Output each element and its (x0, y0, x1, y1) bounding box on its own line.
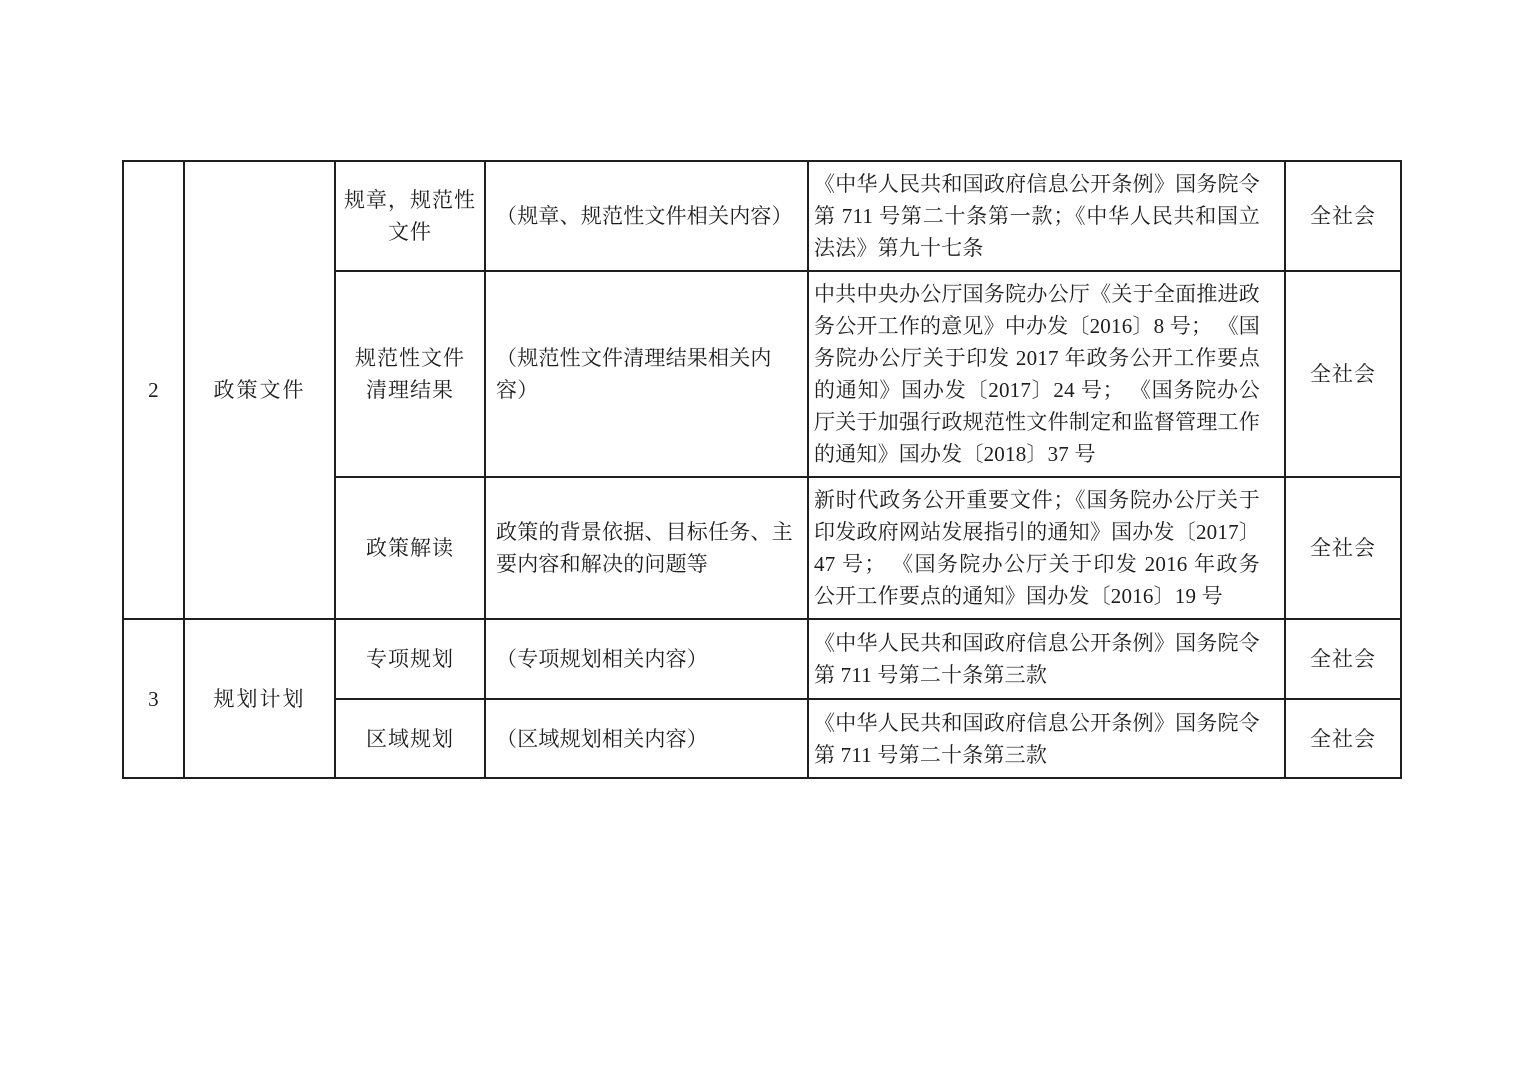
cell-legal-basis: 《中华人民共和国政府信息公开条例》国务院令第 711 号第二十条第三款 (808, 619, 1285, 699)
cell-legal-basis: 中共中央办公厅国务院办公厅《关于全面推进政务公开工作的意见》中办发〔2016〕8… (808, 271, 1285, 477)
cell-sub-item: 区域规划 (335, 699, 485, 778)
cell-content: （规范性文件清理结果相关内容） (485, 271, 808, 477)
cell-audience: 全社会 (1285, 699, 1401, 778)
cell-content: （规章、规范性文件相关内容） (485, 161, 808, 271)
table-row: 3 规划计划 专项规划 （专项规划相关内容） 《中华人民共和国政府信息公开条例》… (123, 619, 1401, 699)
cell-legal-basis: 《中华人民共和国政府信息公开条例》国务院令第 711 号第二十条第一款；《中华人… (808, 161, 1285, 271)
cell-legal-basis: 新时代政务公开重要文件；《国务院办公厅关于印发政府网站发展指引的通知》国办发〔2… (808, 477, 1285, 619)
cell-sub-item: 专项规划 (335, 619, 485, 699)
cell-content: 政策的背景依据、目标任务、主要内容和解决的问题等 (485, 477, 808, 619)
cell-audience: 全社会 (1285, 161, 1401, 271)
cell-audience: 全社会 (1285, 477, 1401, 619)
cell-sub-item: 规范性文件 清理结果 (335, 271, 485, 477)
table-row: 2 政策文件 规章，规范性 文件 （规章、规范性文件相关内容） 《中华人民共和国… (123, 161, 1401, 271)
cell-category: 政策文件 (184, 161, 335, 619)
cell-content: （区域规划相关内容） (485, 699, 808, 778)
cell-legal-basis: 《中华人民共和国政府信息公开条例》国务院令第 711 号第二十条第三款 (808, 699, 1285, 778)
cell-sub-item: 政策解读 (335, 477, 485, 619)
cell-section-number: 3 (123, 619, 184, 778)
cell-section-number: 2 (123, 161, 184, 619)
cell-sub-item: 规章，规范性 文件 (335, 161, 485, 271)
cell-audience: 全社会 (1285, 619, 1401, 699)
cell-category: 规划计划 (184, 619, 335, 778)
disclosure-table: 2 政策文件 规章，规范性 文件 （规章、规范性文件相关内容） 《中华人民共和国… (122, 160, 1402, 779)
cell-content: （专项规划相关内容） (485, 619, 808, 699)
document-page: 2 政策文件 规章，规范性 文件 （规章、规范性文件相关内容） 《中华人民共和国… (0, 0, 1520, 1074)
cell-audience: 全社会 (1285, 271, 1401, 477)
